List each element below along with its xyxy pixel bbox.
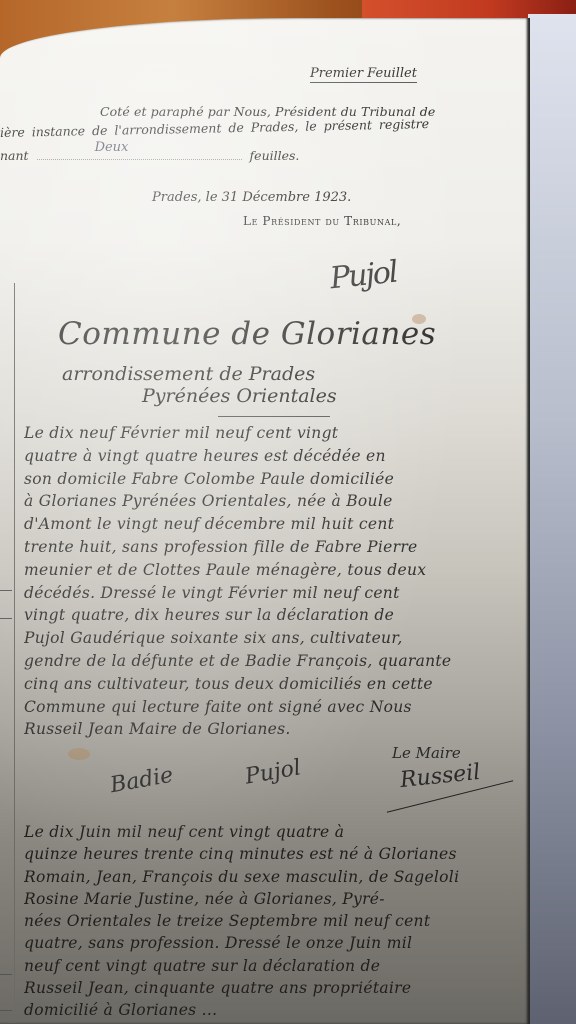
sheet-label: Premier Feuillet <box>310 66 417 83</box>
record-line: meunier et de Clottes Paule ménagère, to… <box>24 559 524 582</box>
page-count-field: Deux <box>37 148 242 160</box>
record-line: à Glorianes Pyrénées Orientales, née à B… <box>24 490 524 513</box>
witness-signature-1: Badie <box>108 763 175 799</box>
record-line: Rosine Marie Justine, née à Glorianes, P… <box>24 888 529 910</box>
line3-suffix: feuilles. <box>250 148 300 163</box>
margin-tick <box>0 590 12 591</box>
section-divider <box>218 416 330 417</box>
record-line: Romain, Jean, François du sexe masculin,… <box>24 866 529 888</box>
margin-tick <box>0 974 12 975</box>
certification-line-2: ière instance de l'arrondissement de Pra… <box>0 116 429 140</box>
record-line: nées Orientales le treize Septembre mil … <box>24 910 529 932</box>
registry-page: Premier Feuillet Coté et paraphé par Nou… <box>0 18 530 1024</box>
commune-title: Commune de Glorianes <box>58 316 436 352</box>
mayor-signature: Russeil <box>399 760 482 793</box>
record-line: son domicile Fabre Colombe Paule domicil… <box>24 468 524 491</box>
record-line: gendre de la défunte et de Badie Françoi… <box>24 650 524 673</box>
margin-rule <box>14 283 15 1023</box>
record-line: vingt quatre, dix heures sur la déclarat… <box>24 604 524 627</box>
witness-signature-2: Pujol <box>243 755 303 789</box>
death-record: Le dix neuf Février mil neuf cent vingt … <box>24 422 524 741</box>
record-line: d'Amont le vingt neuf décembre mil huit … <box>24 513 524 536</box>
handwritten-page-count: Deux <box>95 140 129 155</box>
record-line: quatre, sans profession. Dressé le onze … <box>24 932 529 954</box>
certification-line-3: nant Deux feuilles. <box>0 148 299 163</box>
record-line: Le dix neuf Février mil neuf cent vingt <box>24 422 524 445</box>
record-line: quatre à vingt quatre heures est décédée… <box>24 445 524 468</box>
record-line: quinze heures trente cinq minutes est né… <box>24 843 529 865</box>
margin-tick <box>0 1010 12 1011</box>
president-title: Le Président du Tribunal, <box>243 214 401 228</box>
signature-block: Badie Pujol Le Maire Russeil <box>0 758 530 818</box>
record-line: cinq ans cultivateur, tous deux domicili… <box>24 673 524 696</box>
record-line: neuf cent vingt quatre sur la déclaratio… <box>24 955 529 977</box>
record-line: Le dix Juin mil neuf cent vingt quatre à <box>24 821 529 843</box>
backdrop-right-margin <box>528 14 576 1024</box>
arrondissement-line: arrondissement de Prades <box>62 363 315 385</box>
record-line: trente huit, sans profession fille de Fa… <box>24 536 524 559</box>
president-signature: Pujol <box>328 255 398 297</box>
margin-tick <box>0 618 12 619</box>
record-line: décédés. Dressé le vingt Février mil neu… <box>24 582 524 605</box>
record-line: Commune qui lecture faite ont signé avec… <box>24 696 524 719</box>
birth-record: Le dix Juin mil neuf cent vingt quatre à… <box>24 821 529 1022</box>
certification-date: Prades, le 31 Décembre 1923. <box>152 190 351 205</box>
record-line: Russeil Jean Maire de Glorianes. <box>24 718 524 741</box>
mayor-label: Le Maire <box>392 744 461 762</box>
line3-prefix: nant <box>0 148 29 163</box>
record-line: Pujol Gaudérique soixante six ans, culti… <box>24 627 524 650</box>
record-line: Russeil Jean, cinquante quatre ans propr… <box>24 977 529 999</box>
record-line: domicilié à Glorianes ... <box>24 999 529 1021</box>
department-line: Pyrénées Orientales <box>142 385 337 407</box>
